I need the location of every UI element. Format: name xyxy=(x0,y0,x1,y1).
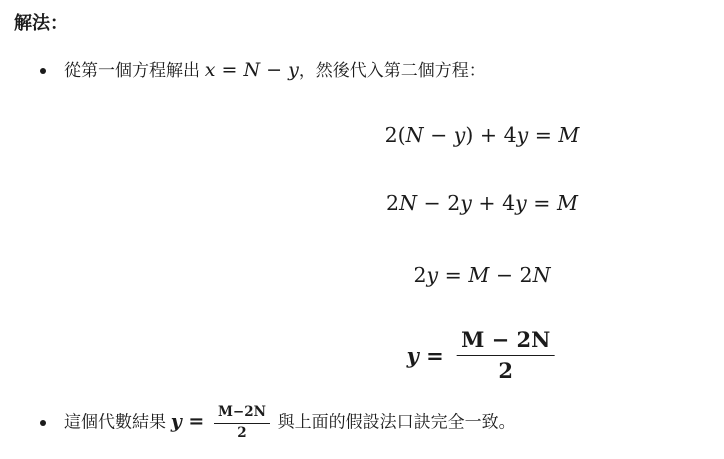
equation-2-text: 2N − 2y + 4y = M xyxy=(386,191,578,215)
bullet-icon xyxy=(40,420,46,426)
bullet2-post-text: 與上面的假設法口訣完全一致。 xyxy=(273,412,516,431)
equation-3-text: 2y = M − 2N xyxy=(413,263,550,287)
bullet-icon xyxy=(40,68,46,74)
document-page: { "document": { "heading": "解法：", "bulle… xyxy=(0,0,724,459)
equation-line-4: y = M − 2N2 xyxy=(407,328,558,383)
equation-line-1: 2(N − y) + 4y = M xyxy=(385,121,580,149)
equation-4-lhs: y = xyxy=(407,342,451,370)
bullet-item-2: 這個代數結果 y = M−2N2 與上面的假設法口訣完全一致。 xyxy=(40,405,516,441)
bullet2-pre-text: 這個代數結果 xyxy=(64,412,171,431)
equation-1-text: 2(N − y) + 4y = M xyxy=(385,123,580,147)
equation-line-2: 2N − 2y + 4y = M xyxy=(386,189,578,217)
fraction-inline-numerator: M−2N xyxy=(214,405,270,423)
fraction-denominator: 2 xyxy=(457,355,554,383)
inline-math-y-result: y = xyxy=(171,410,211,432)
fraction-inline-denominator: 2 xyxy=(214,423,270,441)
bullet1-post-text: ，然後代入第二個方程： xyxy=(299,61,486,80)
bullet1-pre-text: 從第一個方程解出 xyxy=(64,61,205,80)
inline-math-x-substitution: x = N − y xyxy=(205,59,299,81)
fraction-display: M − 2N2 xyxy=(457,328,554,383)
solution-heading: 解法： xyxy=(14,11,68,35)
fraction-inline: M−2N2 xyxy=(214,405,270,441)
equation-line-3: 2y = M − 2N xyxy=(413,261,550,289)
bullet-text-1: 從第一個方程解出 x = N − y，然後代入第二個方程： xyxy=(64,57,486,84)
fraction-numerator: M − 2N xyxy=(457,328,554,355)
bullet-item-1: 從第一個方程解出 x = N − y，然後代入第二個方程： xyxy=(40,57,486,84)
bullet-text-2: 這個代數結果 y = M−2N2 與上面的假設法口訣完全一致。 xyxy=(64,405,516,441)
